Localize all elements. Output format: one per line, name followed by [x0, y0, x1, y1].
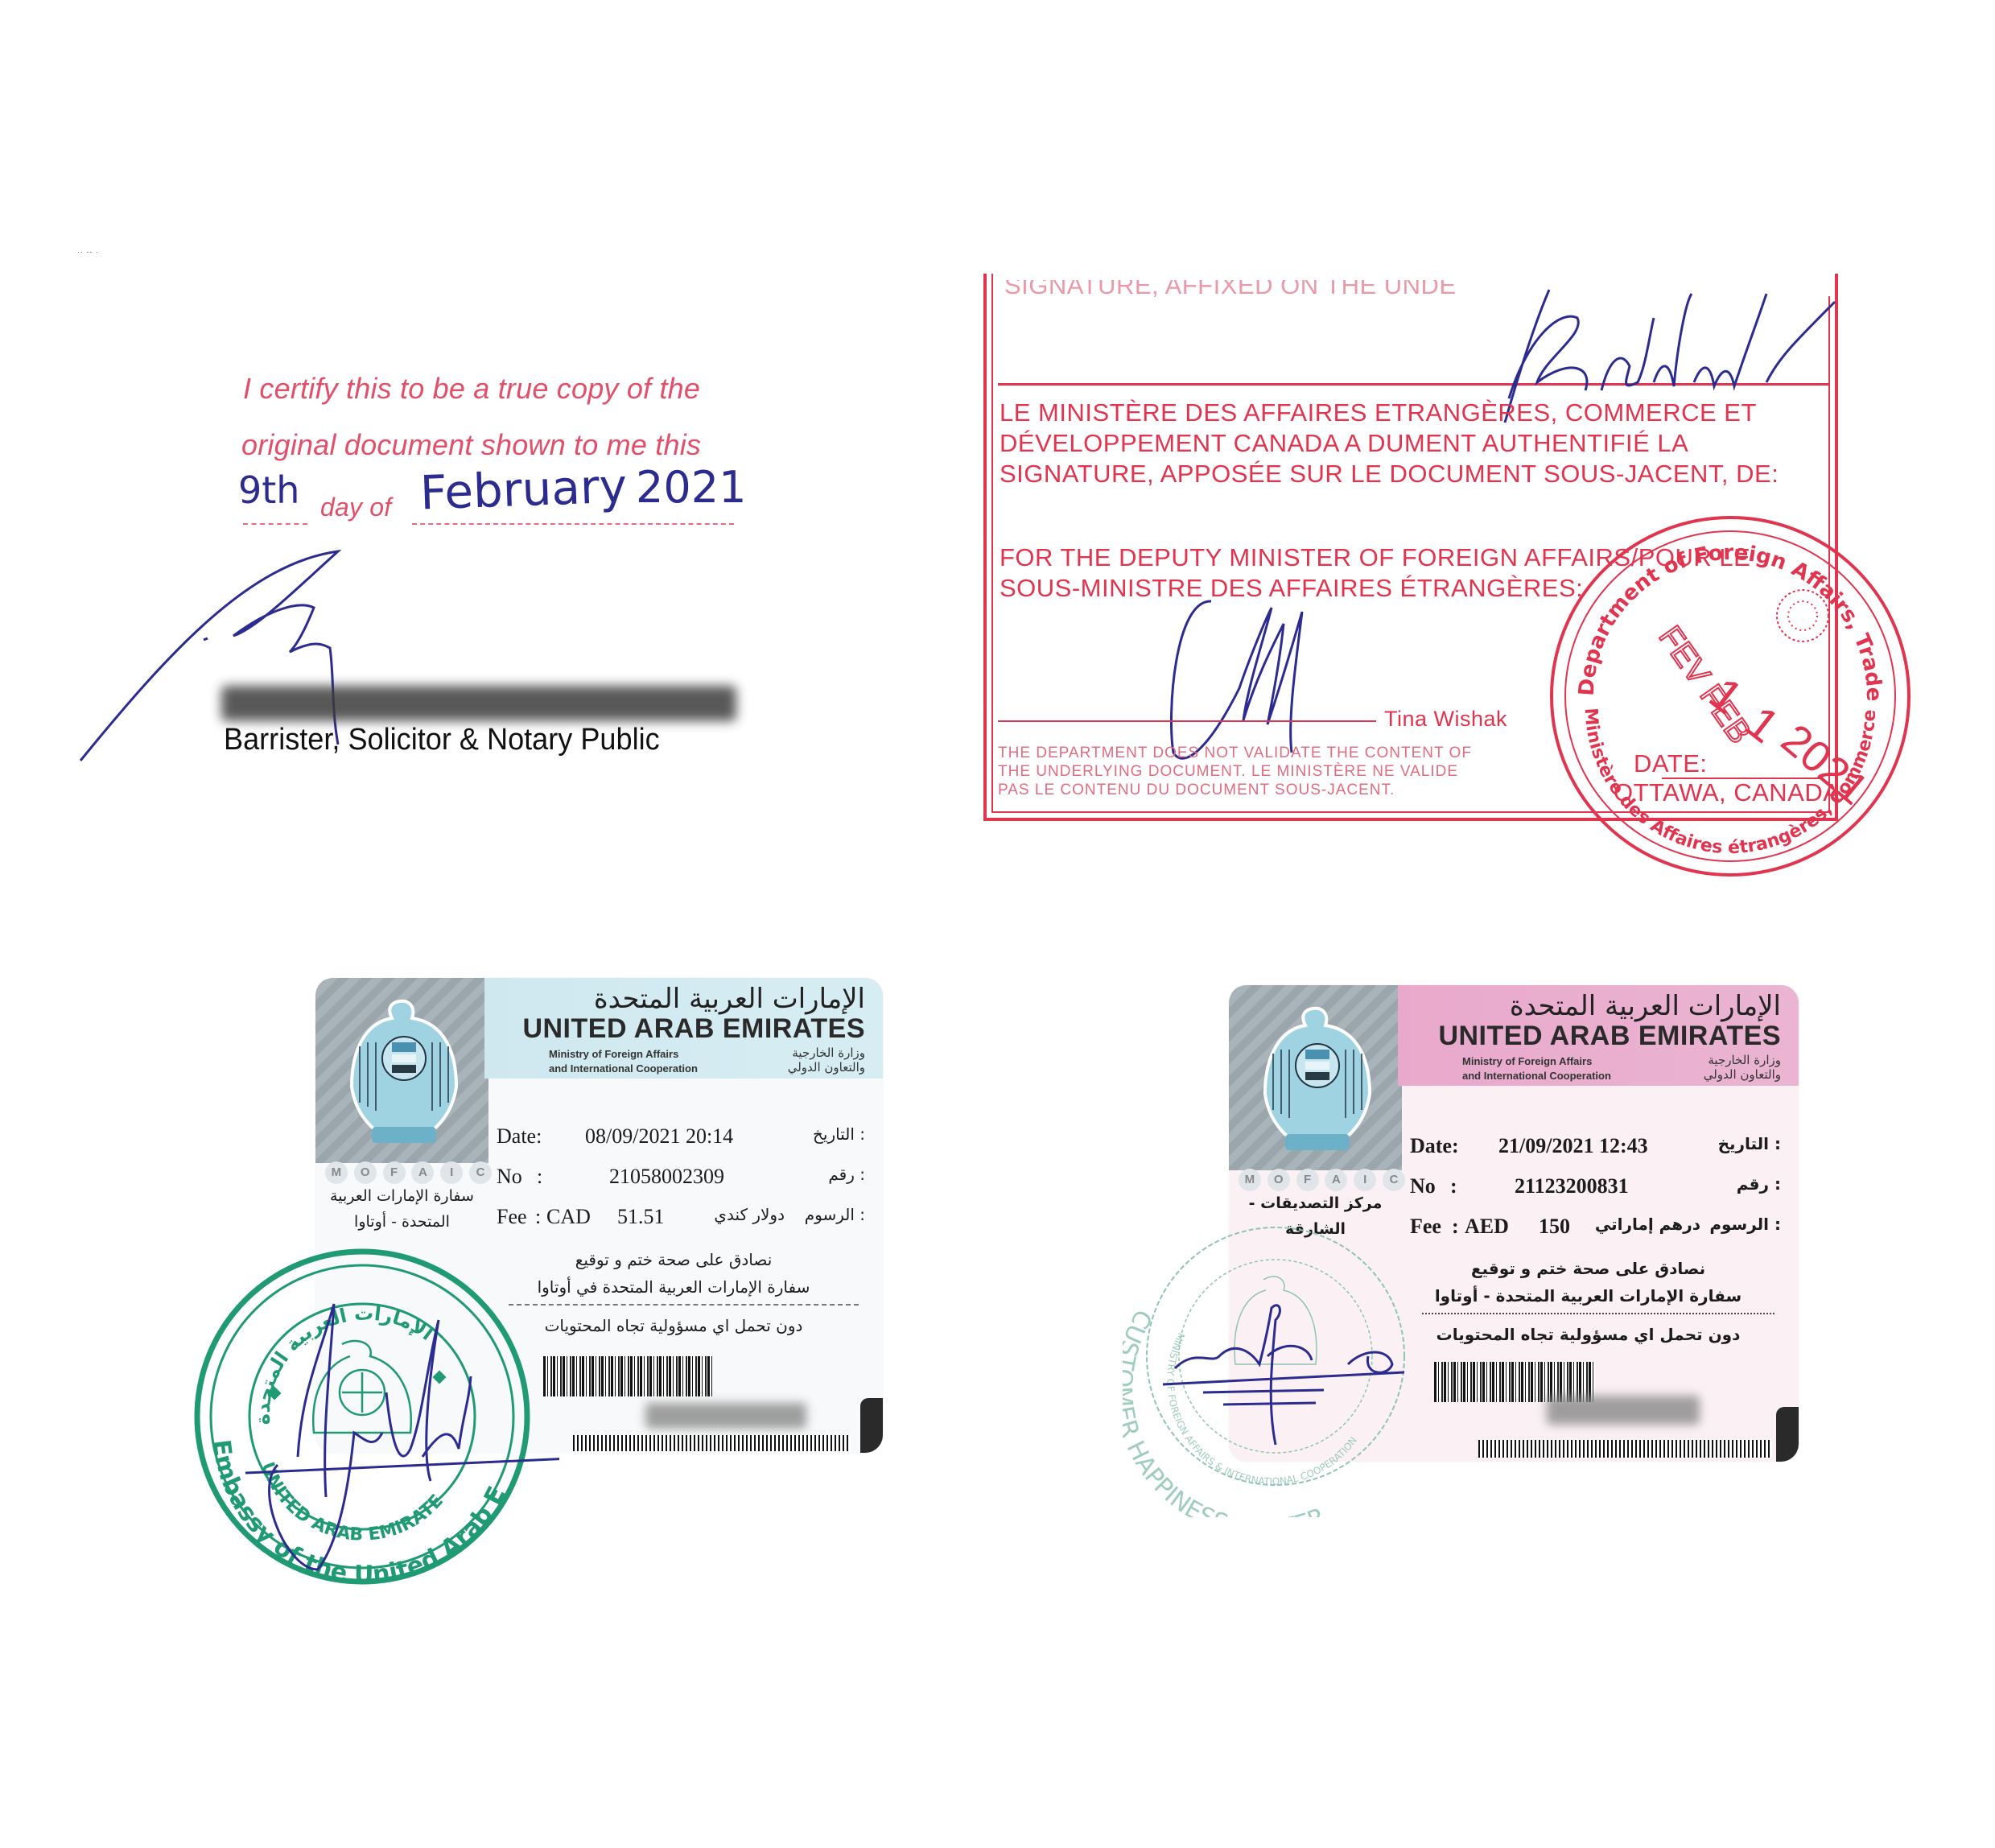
barcode-strip	[1478, 1440, 1772, 1458]
sticker-header: الإمارات العربية المتحدة UNITED ARAB EMI…	[484, 978, 883, 1079]
barcode-strip	[573, 1435, 851, 1451]
number-row: No : 21058002309 : رقم	[497, 1165, 865, 1197]
scan-corner-mark: ·· -- ·	[77, 248, 99, 256]
canada-dfatd-seal: Department of Foreign Affairs, Trade and…	[1537, 507, 1923, 885]
svg-text:سفارة الإمارات العربية المتحدة: سفارة الإمارات العربية المتحدة - أوتاوا	[181, 1231, 193, 1238]
svg-text:CUSTOMER HAPPINESS CENTER: CUSTOMER HAPPINESS CENTER	[1123, 1305, 1329, 1517]
handwritten-month: February	[419, 459, 628, 521]
ministry-arabic: وزارة الخارجية والتعاون الدولي	[1704, 1053, 1781, 1082]
handwritten-year: 2021	[636, 462, 746, 513]
title-arabic: الإمارات العربية المتحدة	[594, 983, 865, 1015]
handwritten-day: 9th	[238, 468, 299, 512]
redacted-signer-name	[221, 686, 736, 721]
notary-title: Barrister, Solicitor & Notary Public	[224, 723, 660, 757]
coat-of-arms-icon	[1777, 590, 1828, 641]
issuer-arabic-line-2: المتحدة - أوتاوا	[315, 1210, 488, 1234]
certification-line-1: I certify this to be a true copy of the	[243, 372, 700, 406]
day-blank-line	[243, 523, 307, 525]
uae-eagle-emblem-icon	[1261, 1005, 1374, 1154]
issuer-arabic-line-1: سفارة الإمارات العربية	[315, 1184, 488, 1208]
ministry-arabic: وزارة الخارجية والتعاون الدولي	[788, 1046, 865, 1075]
mofaic-letters: MO FA IC	[1235, 1169, 1408, 1191]
sticker-corner-tab	[1776, 1407, 1799, 1462]
customer-happiness-center-seal: CUSTOMER HAPPINESS CENTER MINISTRY OF FO…	[1123, 1211, 1445, 1517]
deputy-signature-line	[998, 720, 1376, 722]
date-row: Date: 08/09/2021 20:14 : التاريخ	[497, 1124, 865, 1157]
authentication-french-line-2: DÉVELOPPEMENT CANADA A DUMENT AUTHENTIFI…	[1000, 428, 1688, 459]
barcode	[543, 1356, 712, 1396]
title-arabic: الإمارات العربية المتحدة	[1510, 990, 1781, 1022]
sticker-header: الإمارات العربية المتحدة UNITED ARAB EMI…	[1398, 985, 1799, 1086]
deputy-signature	[1159, 592, 1376, 769]
dashed-divider	[509, 1304, 859, 1306]
title-english: UNITED ARAB EMIRATES	[522, 1013, 865, 1045]
authentication-french-line-3: SIGNATURE, APPOSÉE SUR LE DOCUMENT SOUS-…	[1000, 459, 1779, 489]
date-row: Date: 21/09/2021 12:43 : التاريخ	[1410, 1134, 1781, 1166]
month-year-blank-line	[412, 523, 734, 525]
disclaimer-arabic: دون تحمل اي مسؤولية تجاه المحتويات	[1410, 1325, 1766, 1344]
ministry-english: Ministry of Foreign Affairs and Internat…	[1462, 1054, 1611, 1083]
uae-eagle-emblem-icon	[348, 998, 460, 1147]
attestation-arabic-line-1: نصادق على صحة ختم و توقيع	[1410, 1259, 1766, 1278]
day-of-label: day of	[320, 493, 391, 522]
redacted-barcode-number	[1547, 1396, 1700, 1425]
disclaimer-line-2: THE UNDERLYING DOCUMENT. LE MINISTÈRE NE…	[998, 763, 1458, 781]
number-row: No : 21123200831 : رقم	[1410, 1174, 1781, 1207]
disclaimer-line-3: PAS LE CONTENU DU DOCUMENT SOUS-JACENT.	[998, 782, 1395, 799]
title-english: UNITED ARAB EMIRATES	[1438, 1021, 1781, 1052]
authentication-french-line-1: LE MINISTÈRE DES AFFAIRES ETRANGÈRES, CO…	[1000, 398, 1757, 428]
certification-line-2: original document shown to me this	[241, 428, 701, 462]
mofaic-letters: MO FA IC	[322, 1161, 495, 1184]
uae-embassy-ottawa-seal: سفارة الإمارات العربية المتحدة - أوتاوا …	[181, 1231, 559, 1602]
attestation-arabic-line-2: سفارة الإمارات العربية المتحدة - أوتاوا	[1410, 1286, 1766, 1306]
disclaimer-line-1: THE DEPARTMENT DOES NOT VALIDATE THE CON…	[998, 745, 1472, 762]
fee-row: Fee : AED 150 درهم إماراتي : الرسوم	[1410, 1215, 1781, 1247]
sticker-corner-tab	[860, 1398, 883, 1453]
redacted-barcode-number	[645, 1403, 806, 1429]
dotted-divider	[1422, 1313, 1774, 1314]
signatory-name: Tina Wishak	[1384, 703, 1507, 734]
ministry-english: Ministry of Foreign Affairs and Internat…	[549, 1047, 698, 1076]
